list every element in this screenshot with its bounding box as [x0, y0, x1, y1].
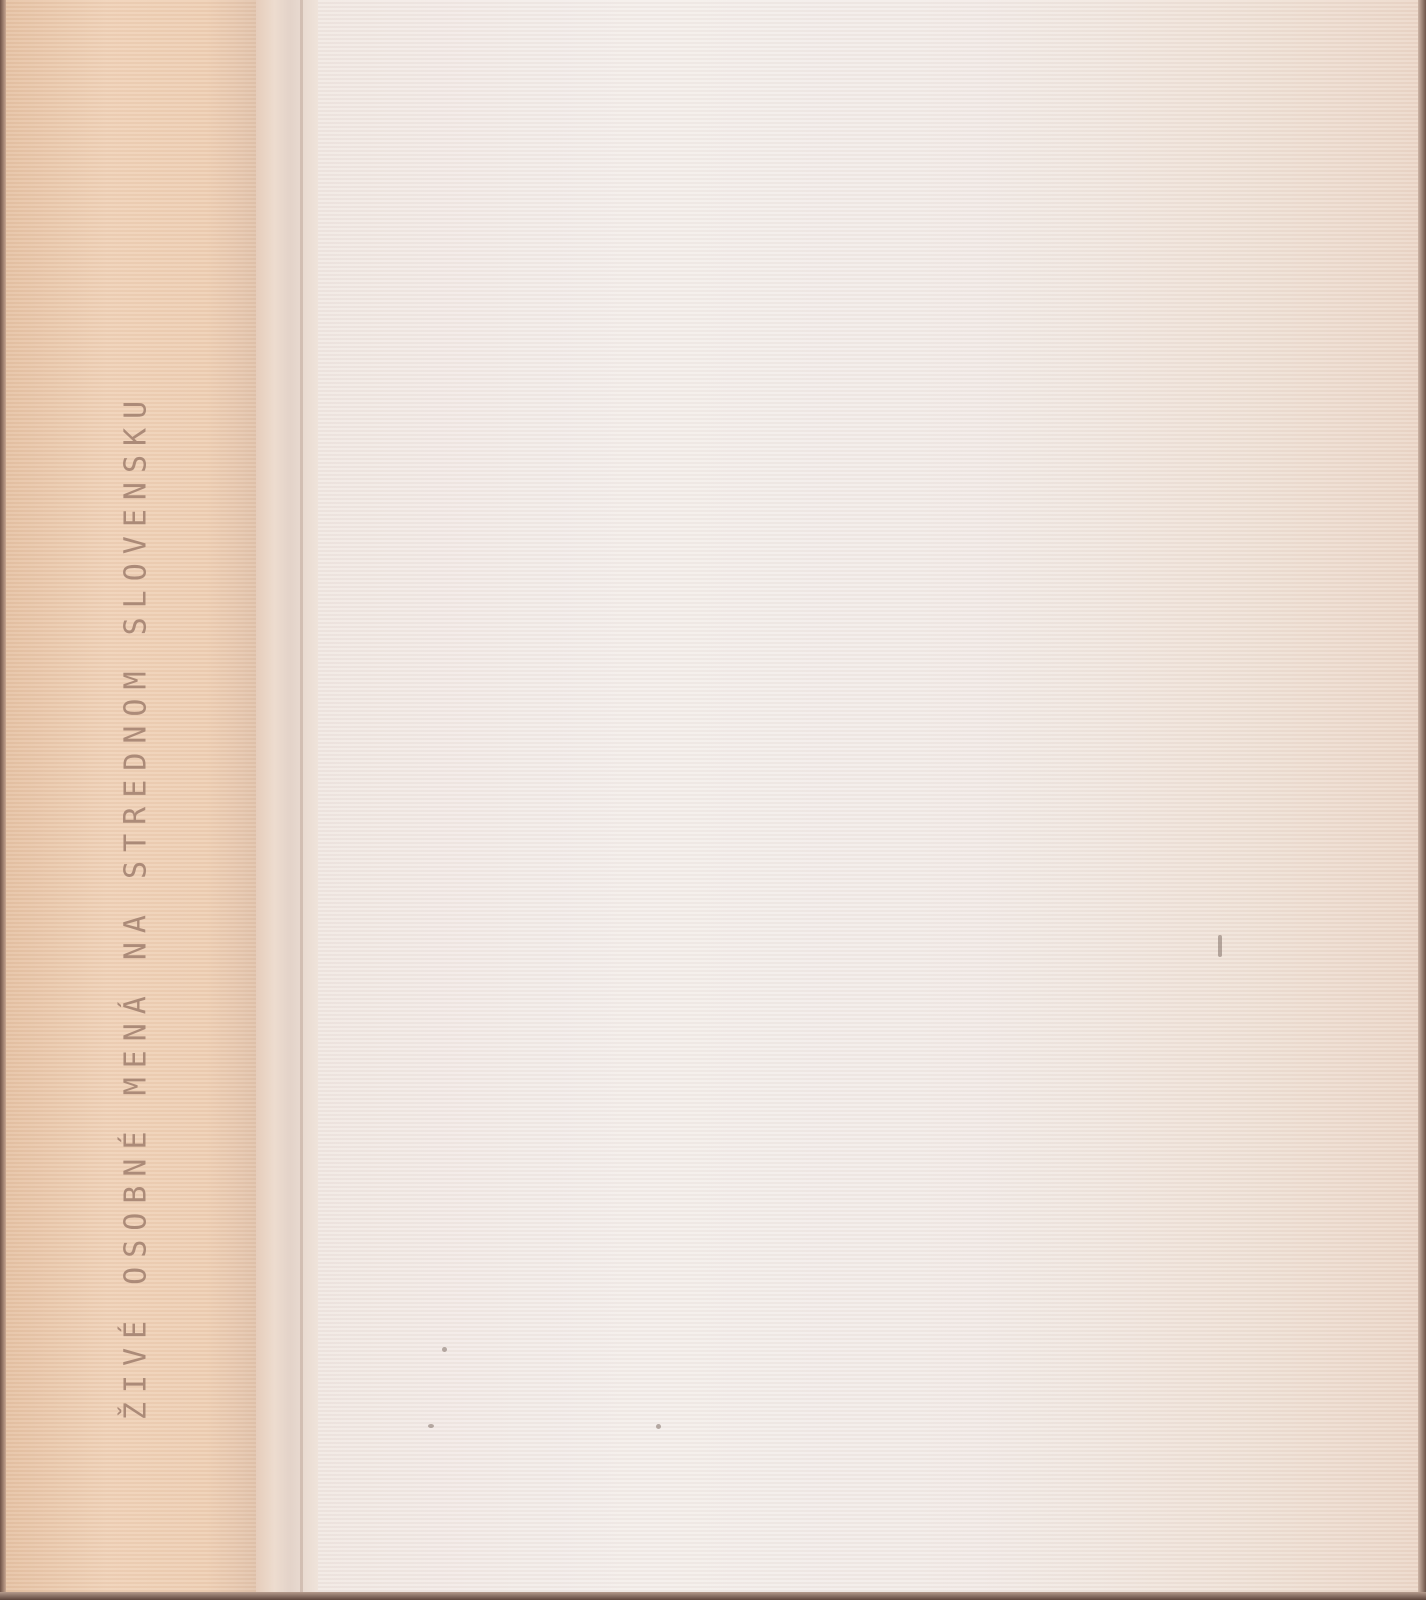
hinge-crease	[300, 0, 303, 1592]
cover-speck	[442, 1347, 447, 1352]
book-bottom-edge	[0, 1592, 1426, 1600]
cover-speck	[428, 1424, 434, 1428]
front-cover	[318, 0, 1418, 1592]
book-spine: ŽIVÉ OSOBNÉ MENÁ NA STREDNOM SLOVENSKU	[6, 0, 256, 1592]
book-right-edge	[1418, 0, 1426, 1600]
book-cover-photo: ŽIVÉ OSOBNÉ MENÁ NA STREDNOM SLOVENSKU	[0, 0, 1426, 1600]
spine-title: ŽIVÉ OSOBNÉ MENÁ NA STREDNOM SLOVENSKU	[119, 392, 154, 1420]
spine-hinge	[256, 0, 318, 1592]
cover-speck	[656, 1424, 661, 1429]
cover-speck	[1218, 935, 1222, 957]
